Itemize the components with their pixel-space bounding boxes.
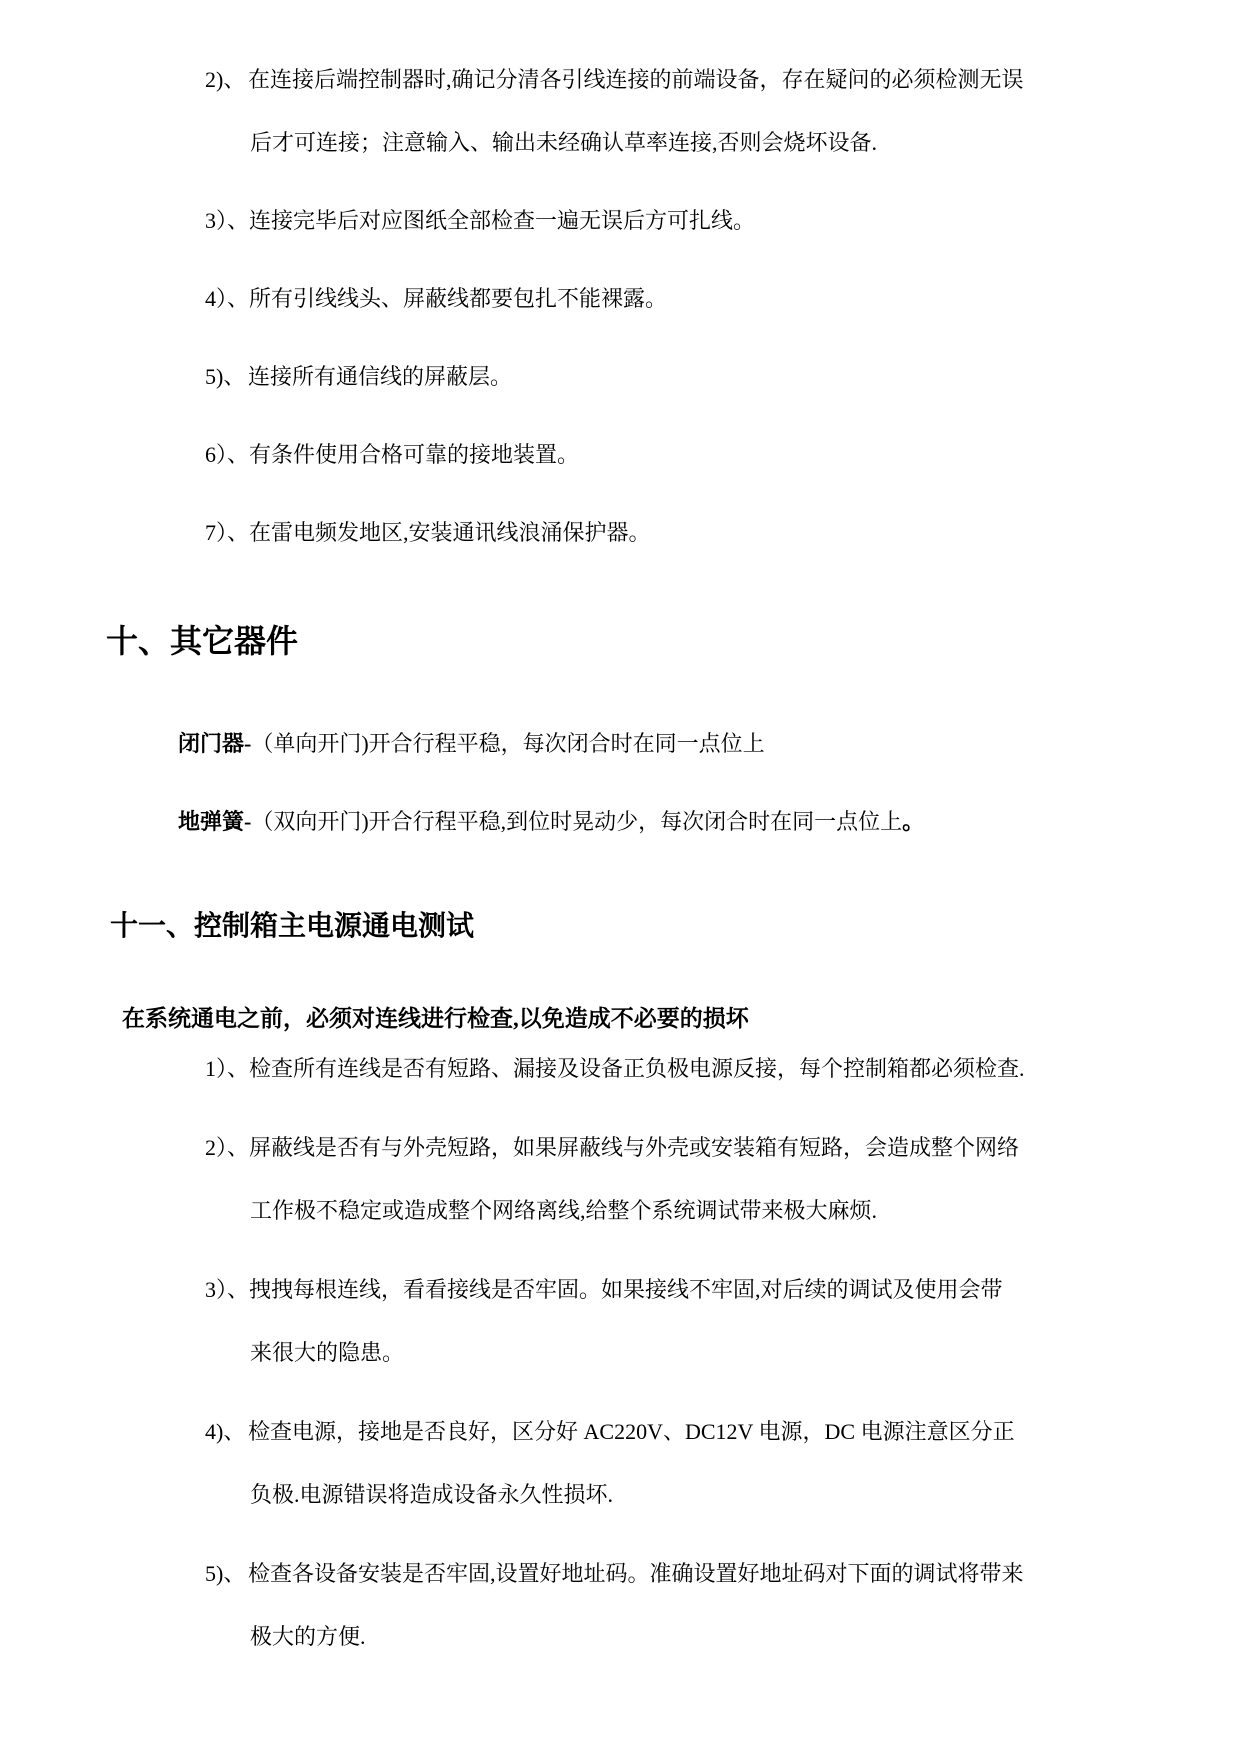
power-test-checklist: 1）、检查所有连线是否有短路、漏接及设备正负极电源反接，每个控制箱都必须检查. … — [0, 1037, 1241, 1668]
item-number: 3）、 — [205, 189, 249, 252]
item-text: 在连接后端控制器时,确记分清各引线连接的前端设备，存在疑问的必须检测无误 — [248, 67, 1024, 92]
item-text: 连接完毕后对应图纸全部检查一遍无误后方可扎线。 — [249, 208, 755, 233]
device-term-desc: （双向开门)开合行程平稳,到位时晃动少，每次闭合时在同一点位上 — [251, 809, 902, 834]
device-term-suffix: 。 — [902, 809, 924, 834]
list-item: 1）、检查所有连线是否有短路、漏接及设备正负极电源反接，每个控制箱都必须检查. — [0, 1037, 1241, 1100]
item-number: 4）、 — [205, 267, 249, 330]
item-number: 7）、 — [205, 501, 249, 564]
item-text: 检查各设备安装是否牢固,设置好地址码。准确设置好地址码对下面的调试将带来 — [248, 1561, 1024, 1586]
item-text: 有条件使用合格可靠的接地装置。 — [249, 442, 579, 467]
document-page: 2)、在连接后端控制器时,确记分清各引线连接的前端设备，存在疑问的必须检测无误 … — [0, 0, 1241, 1754]
item-text: 所有引线线头、屏蔽线都要包扎不能裸露。 — [249, 286, 667, 311]
wiring-checklist: 2)、在连接后端控制器时,确记分清各引线连接的前端设备，存在疑问的必须检测无误 … — [0, 48, 1241, 564]
item-number: 5)、 — [205, 1542, 248, 1605]
device-term-line: 闭门器-（单向开门)开合行程平稳，每次闭合时在同一点位上 — [0, 712, 1241, 775]
power-test-intro: 在系统通电之前，必须对连线进行检查,以免造成不必要的损坏 — [122, 1002, 1241, 1036]
list-item: 3）、连接完毕后对应图纸全部检查一遍无误后方可扎线。 — [0, 189, 1241, 252]
item-number: 6）、 — [205, 423, 249, 486]
item-text: 连接所有通信线的屏蔽层。 — [248, 364, 512, 389]
item-number: 2）、 — [205, 1116, 249, 1179]
list-item: 2)、在连接后端控制器时,确记分清各引线连接的前端设备，存在疑问的必须检测无误 … — [0, 48, 1241, 174]
item-continuation: 工作极不稳定或造成整个网络离线,给整个系统调试带来极大麻烦. — [205, 1179, 1241, 1242]
item-continuation: 负极.电源错误将造成设备永久性损坏. — [205, 1463, 1241, 1526]
device-term: 地弹簧- — [178, 809, 251, 834]
list-item: 7）、在雷电频发地区,安装通讯线浪涌保护器。 — [0, 501, 1241, 564]
item-text: 检查所有连线是否有短路、漏接及设备正负极电源反接，每个控制箱都必须检查. — [249, 1056, 1025, 1081]
item-continuation: 后才可连接；注意输入、输出未经确认草率连接,否则会烧坏设备. — [205, 111, 1241, 174]
device-term-desc: （单向开门)开合行程平稳，每次闭合时在同一点位上 — [251, 731, 764, 756]
item-text: 拽拽每根连线，看看接线是否牢固。如果接线不牢固,对后续的调试及使用会带 — [249, 1277, 1003, 1302]
item-continuation: 极大的方便. — [205, 1605, 1241, 1668]
item-text: 屏蔽线是否有与外壳短路，如果屏蔽线与外壳或安装箱有短路，会造成整个网络 — [249, 1135, 1019, 1160]
section-ten-heading: 十、其它器件 — [106, 620, 1241, 662]
device-term-line: 地弹簧-（双向开门)开合行程平稳,到位时晃动少，每次闭合时在同一点位上。 — [0, 790, 1241, 853]
device-term: 闭门器- — [178, 731, 251, 756]
list-item: 4）、所有引线线头、屏蔽线都要包扎不能裸露。 — [0, 267, 1241, 330]
item-number: 1）、 — [205, 1037, 249, 1100]
list-item: 5)、连接所有通信线的屏蔽层。 — [0, 345, 1241, 408]
item-continuation: 来很大的隐患。 — [205, 1321, 1241, 1384]
item-text: 检查电源，接地是否良好，区分好 AC220V、DC12V 电源，DC 电源注意区… — [248, 1419, 1015, 1444]
list-item: 5)、检查各设备安装是否牢固,设置好地址码。准确设置好地址码对下面的调试将带来 … — [0, 1542, 1241, 1668]
list-item: 4)、检查电源，接地是否良好，区分好 AC220V、DC12V 电源，DC 电源… — [0, 1400, 1241, 1526]
section-eleven-heading: 十一、控制箱主电源通电测试 — [110, 907, 1241, 947]
item-number: 5)、 — [205, 345, 248, 408]
list-item: 3）、拽拽每根连线，看看接线是否牢固。如果接线不牢固,对后续的调试及使用会带 来… — [0, 1258, 1241, 1384]
item-number: 3）、 — [205, 1258, 249, 1321]
item-number: 2)、 — [205, 48, 248, 111]
item-text: 在雷电频发地区,安装通讯线浪涌保护器。 — [249, 520, 651, 545]
item-number: 4)、 — [205, 1400, 248, 1463]
list-item: 2）、屏蔽线是否有与外壳短路，如果屏蔽线与外壳或安装箱有短路，会造成整个网络 工… — [0, 1116, 1241, 1242]
list-item: 6）、有条件使用合格可靠的接地装置。 — [0, 423, 1241, 486]
